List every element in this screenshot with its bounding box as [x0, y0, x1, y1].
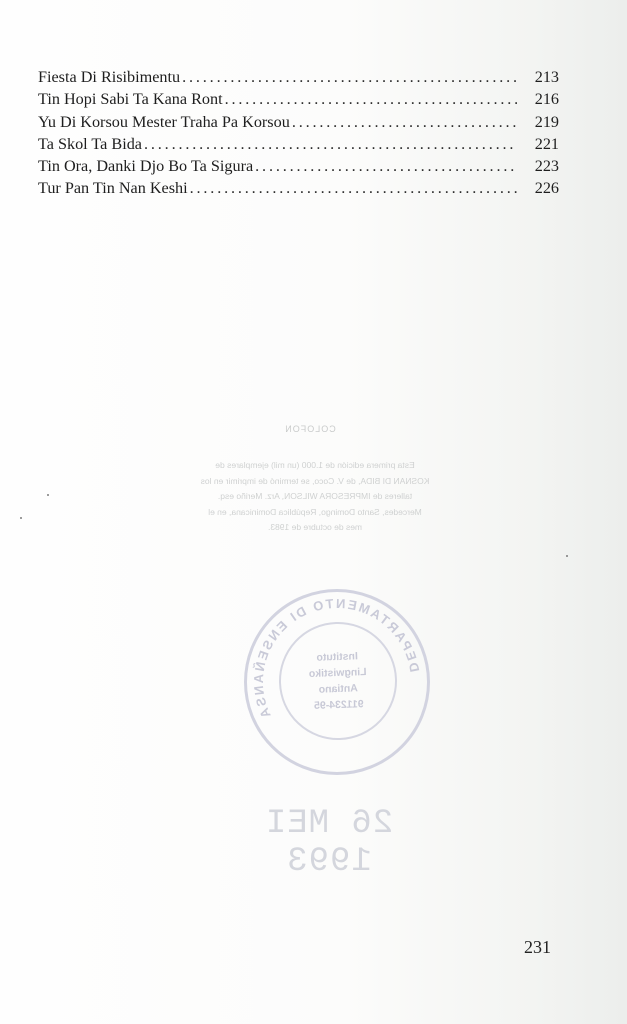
toc-entry-title: Tur Pan Tin Nan Keshi [38, 177, 188, 199]
toc-entry-title: Tin Hopi Sabi Ta Kana Ront [38, 88, 223, 110]
paper-speck [566, 555, 568, 557]
toc-entry-page: 223 [523, 155, 559, 177]
stamp-line: Lingwistiko [309, 664, 367, 682]
colophon-line: Mercedes, Santo Domingo, República Domin… [135, 505, 495, 521]
toc-entry-page: 226 [523, 177, 559, 199]
table-of-contents: Fiesta Di Risibimentu 213 Tin Hopi Sabi … [38, 66, 559, 200]
colophon-line: talleres de IMPRESORA WILSON, Arz. Meriñ… [135, 489, 495, 505]
toc-entry: Tin Hopi Sabi Ta Kana Ront 216 [38, 88, 559, 110]
toc-entry-page: 219 [523, 111, 559, 133]
dot-leader [255, 155, 517, 177]
dot-leader [190, 177, 517, 199]
toc-entry: Tur Pan Tin Nan Keshi 226 [38, 177, 559, 199]
toc-entry-title: Fiesta Di Risibimentu [38, 66, 180, 88]
bleed-colophon-text: Esta primera edición de 1.000 (un mil) e… [135, 458, 495, 536]
stamp-line: Antiano [318, 680, 358, 697]
toc-entry-title: Yu Di Korsou Mester Traha Pa Korsou [38, 111, 290, 133]
dot-leader [182, 66, 517, 88]
library-stamp: DEPARTAMENTO DI ENSEÑANSA Instituto Ling… [244, 589, 430, 775]
toc-entry: Ta Skol Ta Bida 221 [38, 133, 559, 155]
toc-entry-title: Tin Ora, Danki Djo Bo Ta Sigura [38, 155, 253, 177]
bleed-colophon-heading: COLOFON [250, 424, 370, 434]
toc-entry-page: 213 [523, 66, 559, 88]
paper-speck [47, 494, 49, 496]
colophon-line: KOSNAN DI BIDA, de V. Coco, se terminó d… [135, 474, 495, 490]
stamp-line: Instituto [316, 648, 358, 665]
colophon-line: mes de octubre de 1983. [135, 520, 495, 536]
colophon-line: Esta primera edición de 1.000 (un mil) e… [135, 458, 495, 474]
page-number: 231 [524, 937, 551, 958]
toc-entry: Fiesta Di Risibimentu 213 [38, 66, 559, 88]
dot-leader [144, 133, 517, 155]
dot-leader [292, 111, 517, 133]
toc-entry-page: 216 [523, 88, 559, 110]
toc-entry-page: 221 [523, 133, 559, 155]
stamp-line: 911234-95 [314, 696, 364, 714]
book-page: Fiesta Di Risibimentu 213 Tin Hopi Sabi … [0, 0, 627, 1024]
dot-leader [225, 88, 517, 110]
toc-entry: Tin Ora, Danki Djo Bo Ta Sigura 223 [38, 155, 559, 177]
paper-speck [20, 517, 22, 519]
date-stamp: 26 MEI 1993 [234, 805, 424, 881]
toc-entry-title: Ta Skol Ta Bida [38, 133, 142, 155]
toc-entry: Yu Di Korsou Mester Traha Pa Korsou 219 [38, 111, 559, 133]
